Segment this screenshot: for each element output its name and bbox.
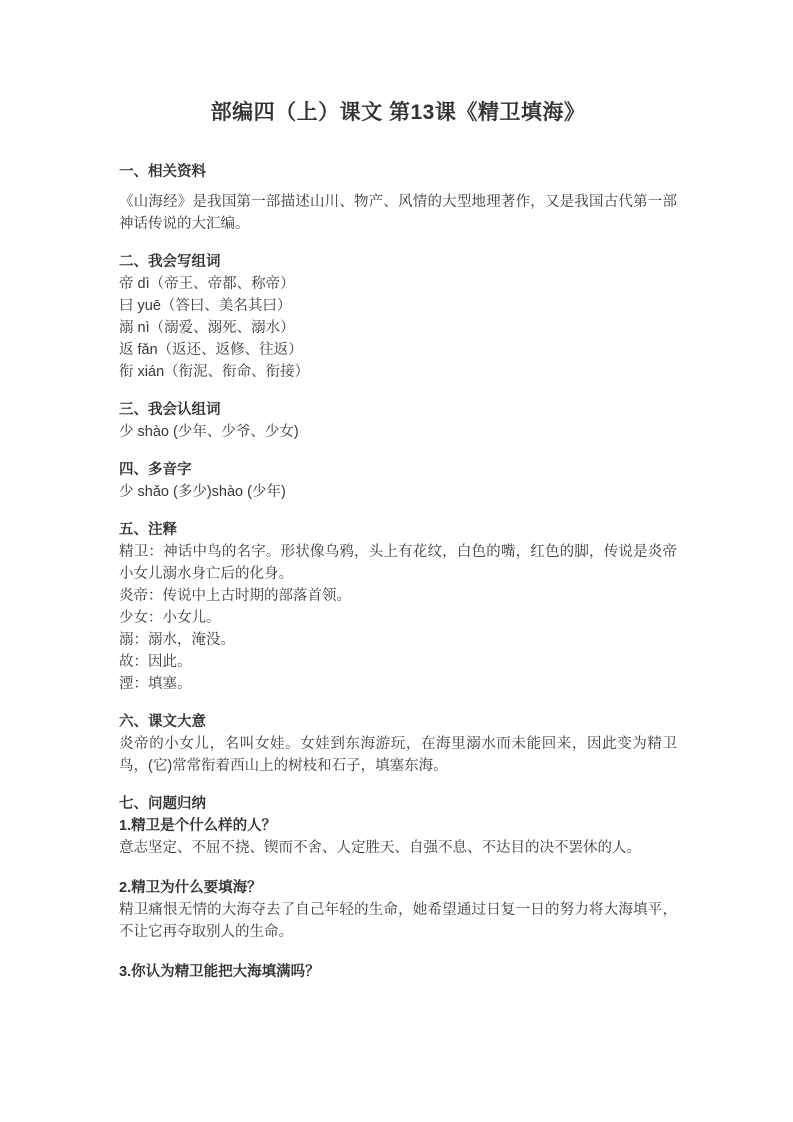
word-entry: 溺 nì（溺爱、溺死、溺水） <box>119 317 677 339</box>
qa-block-1: 1.精卫是个什么样的人？ 意志坚定、不屈不挠、锲而不舍、人定胜天、自强不息、不达… <box>119 815 677 859</box>
word-entry: 少 shǎo (多少)shào (少年) <box>119 481 677 503</box>
answer: 意志坚定、不屈不挠、锲而不舍、人定胜天、自强不息、不达目的决不罢休的人。 <box>119 837 677 859</box>
section-write-words: 二、我会写组词 帝 dì（帝王、帝都、称帝） 曰 yuē（答曰、美名其曰） 溺 … <box>119 251 677 383</box>
qa-block-2: 2.精卫为什么要填海？ 精卫痛恨无情的大海夺去了自己年轻的生命，她希望通过日复一… <box>119 877 677 943</box>
question: 3.你认为精卫能把大海填满吗？ <box>119 961 677 983</box>
annotation-entry: 精卫：神话中鸟的名字。形状像乌鸦，头上有花纹，白色的嘴，红色的脚，传说是炎帝小女… <box>119 541 677 585</box>
section-heading: 三、我会认组词 <box>119 399 677 421</box>
word-entry: 衔 xián（衔泥、衔命、衔接） <box>119 361 677 383</box>
section-main-idea: 六、课文大意 炎帝的小女儿，名叫女娃。女娃到东海游玩，在海里溺水而未能回来，因此… <box>119 711 677 777</box>
word-entry: 少 shào (少年、少爷、少女) <box>119 421 677 443</box>
question: 1.精卫是个什么样的人？ <box>119 815 677 837</box>
section-heading: 四、多音字 <box>119 459 677 481</box>
answer: 精卫痛恨无情的大海夺去了自己年轻的生命，她希望通过日复一日的努力将大海填平，不让… <box>119 899 677 943</box>
paragraph: 《山海经》是我国第一部描述山川、物产、风情的大型地理著作，又是我国古代第一部神话… <box>119 191 677 235</box>
section-questions: 七、问题归纳 1.精卫是个什么样的人？ 意志坚定、不屈不挠、锲而不舍、人定胜天、… <box>119 793 677 983</box>
annotation-entry: 湮：填塞。 <box>119 673 677 695</box>
word-entry: 曰 yuē（答曰、美名其曰） <box>119 295 677 317</box>
page-title: 部编四（上）课文 第13课《精卫填海》 <box>119 97 677 128</box>
section-heading: 一、相关资料 <box>119 161 677 183</box>
section-heading: 七、问题归纳 <box>119 793 677 815</box>
question: 2.精卫为什么要填海？ <box>119 877 677 899</box>
word-entry: 帝 dì（帝王、帝都、称帝） <box>119 273 677 295</box>
annotation-entry: 少女：小女儿。 <box>119 607 677 629</box>
document-page: 部编四（上）课文 第13课《精卫填海》 一、相关资料 《山海经》是我国第一部描述… <box>0 0 793 1122</box>
document-body: 部编四（上）课文 第13课《精卫填海》 一、相关资料 《山海经》是我国第一部描述… <box>0 97 793 983</box>
paragraph: 炎帝的小女儿，名叫女娃。女娃到东海游玩，在海里溺水而未能回来，因此变为精卫鸟，(… <box>119 733 677 777</box>
section-heading: 六、课文大意 <box>119 711 677 733</box>
section-related-materials: 一、相关资料 《山海经》是我国第一部描述山川、物产、风情的大型地理著作，又是我国… <box>119 161 677 235</box>
section-recognize-words: 三、我会认组词 少 shào (少年、少爷、少女) <box>119 399 677 443</box>
annotation-entry: 炎帝：传说中上古时期的部落首领。 <box>119 585 677 607</box>
annotation-entry: 故：因此。 <box>119 651 677 673</box>
word-entry: 返 fǎn（返还、返修、往返） <box>119 339 677 361</box>
section-heading: 五、注释 <box>119 519 677 541</box>
section-annotations: 五、注释 精卫：神话中鸟的名字。形状像乌鸦，头上有花纹，白色的嘴，红色的脚，传说… <box>119 519 677 695</box>
qa-block-3: 3.你认为精卫能把大海填满吗？ <box>119 961 677 983</box>
annotation-entry: 溺：溺水，淹没。 <box>119 629 677 651</box>
section-polyphones: 四、多音字 少 shǎo (多少)shào (少年) <box>119 459 677 503</box>
section-heading: 二、我会写组词 <box>119 251 677 273</box>
